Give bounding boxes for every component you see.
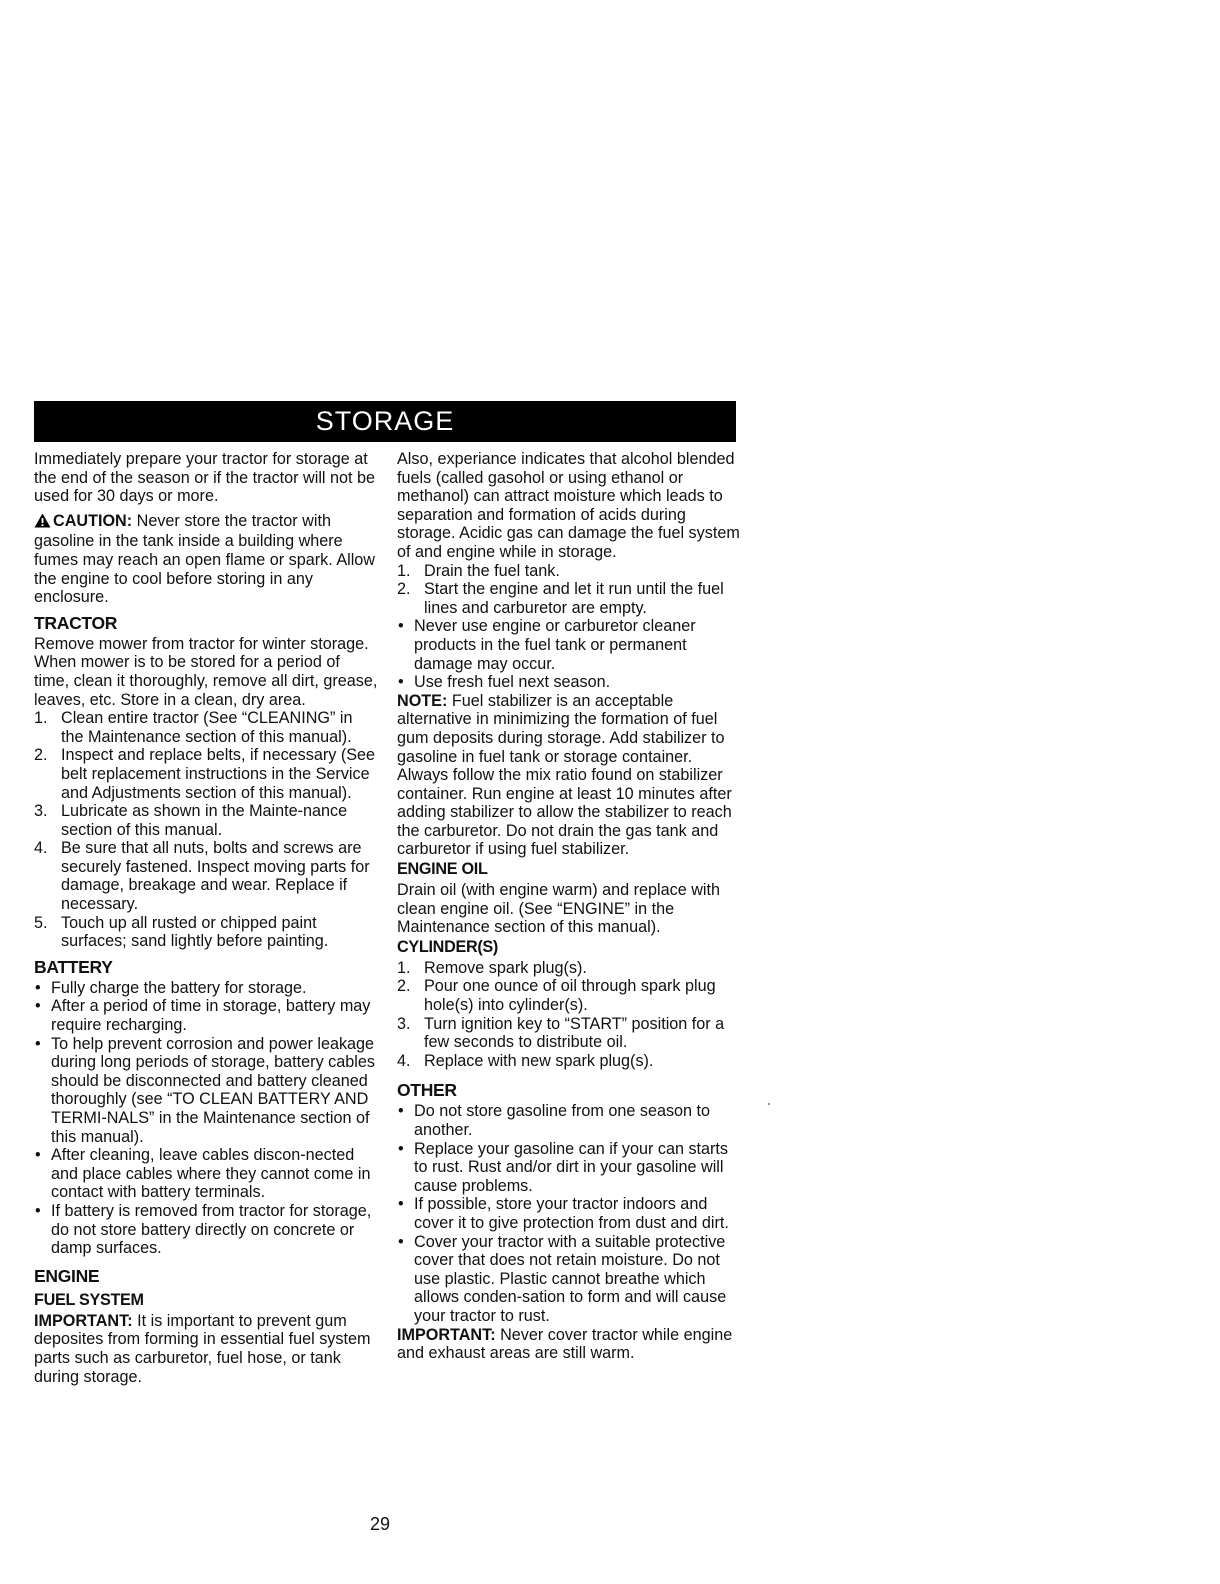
other-important: IMPORTANT: Never cover tractor while eng… xyxy=(397,1326,742,1363)
list-item: 1.Clean entire tractor (See “CLEANING” i… xyxy=(34,709,379,746)
list-item: •To help prevent corrosion and power lea… xyxy=(34,1035,379,1147)
heading-cylinders: CYLINDER(S) xyxy=(397,937,742,957)
list-item: •After a period of time in storage, batt… xyxy=(34,997,379,1034)
list-item: 3.Lubricate as shown in the Mainte-nance… xyxy=(34,802,379,839)
bullet-icon: • xyxy=(398,673,404,692)
list-item: •If battery is removed from tractor for … xyxy=(34,1202,379,1258)
caution-label: CAUTION: xyxy=(53,512,132,530)
list-item: •Use fresh fuel next season. xyxy=(397,673,742,692)
alcohol-fuels-paragraph: Also, experiance indicates that alcohol … xyxy=(397,450,742,562)
tractor-paragraph: Remove mower from tractor for winter sto… xyxy=(34,635,379,709)
fuel-bullets: •Never use engine or carburetor cleaner … xyxy=(397,617,742,691)
bullet-icon: • xyxy=(398,1233,404,1252)
battery-bullets: •Fully charge the battery for storage. •… xyxy=(34,979,379,1258)
bullet-icon: • xyxy=(35,979,41,998)
fuel-steps: 1.Drain the fuel tank. 2.Start the engin… xyxy=(397,562,742,618)
bullet-icon: • xyxy=(398,617,404,636)
caution-paragraph: CAUTION: Never store the tractor with ga… xyxy=(34,512,379,607)
list-item: •Do not store gasoline from one season t… xyxy=(397,1102,742,1139)
list-item: 1.Drain the fuel tank. xyxy=(397,562,742,581)
left-column: Immediately prepare your tractor for sto… xyxy=(34,450,379,1386)
list-item: 4.Be sure that all nuts, bolts and screw… xyxy=(34,839,379,913)
bullet-icon: • xyxy=(398,1195,404,1214)
heading-engine-oil: ENGINE OIL xyxy=(397,859,742,879)
engine-oil-paragraph: Drain oil (with engine warm) and replace… xyxy=(397,881,742,937)
cylinder-steps: 1.Remove spark plug(s). 2.Pour one ounce… xyxy=(397,959,742,1071)
scan-artifact xyxy=(768,1103,770,1105)
right-column: Also, experiance indicates that alcohol … xyxy=(397,450,742,1363)
bullet-icon: • xyxy=(398,1140,404,1159)
list-item: •Never use engine or carburetor cleaner … xyxy=(397,617,742,673)
heading-fuel-system: FUEL SYSTEM xyxy=(34,1290,379,1310)
fuel-system-important: IMPORTANT: It is important to prevent gu… xyxy=(34,1312,379,1386)
list-item: 2.Start the engine and let it run until … xyxy=(397,580,742,617)
page-number: 29 xyxy=(370,1514,390,1535)
bullet-icon: • xyxy=(35,997,41,1016)
important-label: IMPORTANT: xyxy=(34,1312,133,1330)
page-title: STORAGE xyxy=(316,406,455,437)
warning-triangle-icon xyxy=(34,513,51,533)
bullet-icon: • xyxy=(398,1102,404,1121)
heading-battery: BATTERY xyxy=(34,957,379,977)
bullet-icon: • xyxy=(35,1035,41,1054)
tractor-steps: 1.Clean entire tractor (See “CLEANING” i… xyxy=(34,709,379,951)
list-item: •Replace your gasoline can if your can s… xyxy=(397,1140,742,1196)
list-item: •Fully charge the battery for storage. xyxy=(34,979,379,998)
list-item: 5.Touch up all rusted or chipped paint s… xyxy=(34,914,379,951)
heading-tractor: TRACTOR xyxy=(34,613,379,633)
heading-other: OTHER xyxy=(397,1080,742,1100)
list-item: 2.Pour one ounce of oil through spark pl… xyxy=(397,977,742,1014)
list-item: •If possible, store your tractor indoors… xyxy=(397,1195,742,1232)
intro-paragraph: Immediately prepare your tractor for sto… xyxy=(34,450,379,506)
list-item: •Cover your tractor with a suitable prot… xyxy=(397,1233,742,1326)
bullet-icon: • xyxy=(35,1146,41,1165)
important-label: IMPORTANT: xyxy=(397,1326,496,1344)
list-item: 3.Turn ignition key to “START” position … xyxy=(397,1015,742,1052)
list-item: 2.Inspect and replace belts, if necessar… xyxy=(34,746,379,802)
list-item: 1.Remove spark plug(s). xyxy=(397,959,742,978)
list-item: 4.Replace with new spark plug(s). xyxy=(397,1052,742,1071)
note-paragraph: NOTE: Fuel stabilizer is an acceptable a… xyxy=(397,692,742,859)
section-title-banner: STORAGE xyxy=(34,401,736,442)
other-bullets: •Do not store gasoline from one season t… xyxy=(397,1102,742,1325)
list-item: •After cleaning, leave cables discon-nec… xyxy=(34,1146,379,1202)
note-label: NOTE: xyxy=(397,692,447,710)
bullet-icon: • xyxy=(35,1202,41,1221)
heading-engine: ENGINE xyxy=(34,1266,379,1286)
